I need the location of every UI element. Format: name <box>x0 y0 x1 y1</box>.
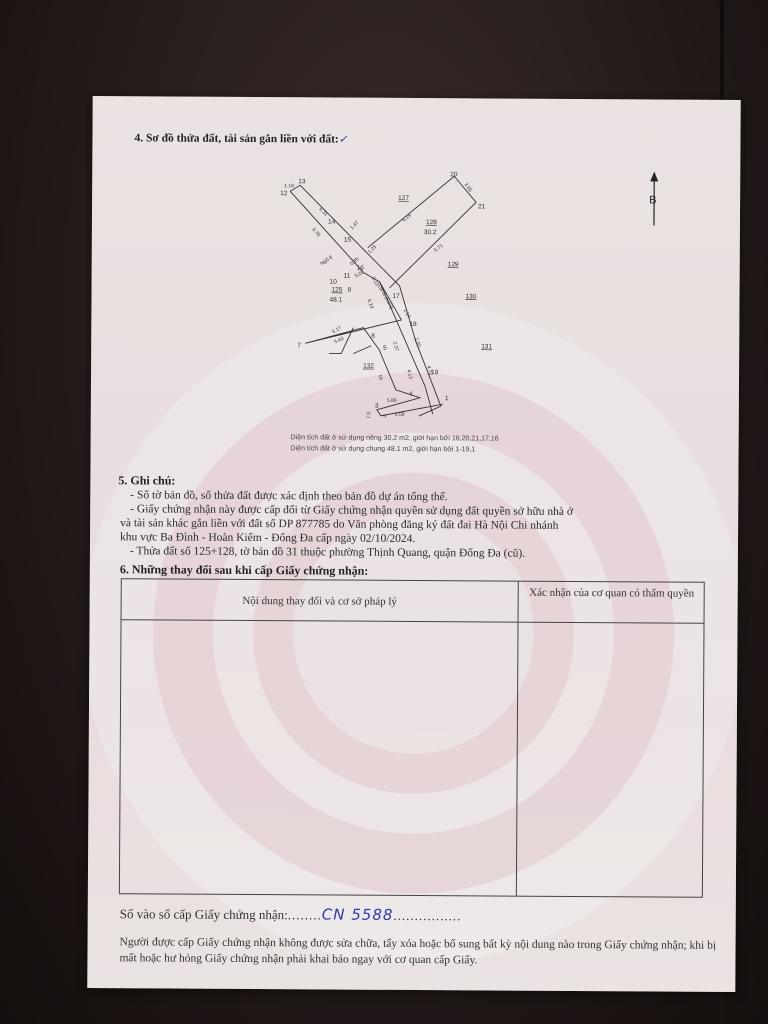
point-label: 9 <box>348 287 352 294</box>
point-label: 5 <box>379 375 383 382</box>
edge-length: 4.58 <box>395 412 405 418</box>
area-notes: Diện tích đất ở sử dụng riêng 30.2 m2, g… <box>291 432 499 455</box>
point-label: 20 <box>450 171 458 178</box>
registration-number-line: Số vào sổ cấp Giấy chứng nhận:........CN… <box>120 904 462 924</box>
map-annotation: Ngõ 8 <box>319 254 334 267</box>
point-label: 12 <box>280 190 288 197</box>
registration-trailer: ................ <box>393 908 461 923</box>
edge-length: 1.47 <box>349 220 360 231</box>
edge-length: 6.19 <box>401 213 412 224</box>
point-label: 3 <box>375 403 379 410</box>
parcel-sketch-map: 12 13 14 15 16 17 18 20 21 11 10 9 8 5 7… <box>271 167 553 419</box>
parcel-number: 125 <box>332 286 343 293</box>
edge-length: 5.70 <box>310 227 321 238</box>
edge-length: 5.86 <box>387 398 397 404</box>
point-label: 15 <box>344 237 352 244</box>
column-header-confirmation: Xác nhận của cơ quan có thẩm quyền <box>518 586 706 602</box>
checkmark-icon: ✓ <box>339 135 347 146</box>
section-5-title: 5. Ghi chú: <box>118 473 175 488</box>
north-arrow: B <box>644 169 664 229</box>
edge-length: 4.13 <box>405 369 413 380</box>
point-label: 5 <box>383 345 387 352</box>
column-header-content: Nội dung thay đổi và cơ sở pháp lý <box>122 593 518 610</box>
point-label: 10 <box>330 278 338 285</box>
section-4-title-text: 4. Sơ đồ thửa đất, tài sản gắn liền với … <box>134 132 338 145</box>
point-label: 2 <box>383 415 387 419</box>
parcel-number: 131 <box>481 343 492 350</box>
parcel-number: 129 <box>448 261 459 268</box>
edge-length: 5.63 <box>334 336 346 346</box>
parcel-number: 128 <box>426 219 437 226</box>
section-4-title: 4. Sơ đồ thửa đất, tài sản gắn liền với … <box>134 132 347 145</box>
note-line: - Thửa đất số 125+128, tờ bản đồ 31 thuộ… <box>120 544 720 562</box>
point-label: 4 <box>409 391 413 398</box>
edge-length: 6.31 <box>318 207 329 218</box>
edge-length: 1.14 <box>402 308 412 320</box>
edge-length: 1.18 <box>284 183 294 189</box>
section-6-title: 6. Những thay đổi sau khi cấp Giấy chứng… <box>120 562 369 579</box>
point-label: 1 <box>445 395 449 402</box>
parcel-area: 48.1 <box>329 296 342 303</box>
point-label: 17 <box>392 293 400 300</box>
point-label: 14 <box>328 218 336 225</box>
edge-length: 5.71 <box>433 243 444 254</box>
edge-length: 6.19 <box>366 298 375 309</box>
parcel-map-svg: 12 13 14 15 16 17 18 20 21 11 10 9 8 5 7… <box>271 167 553 419</box>
registration-leader: ........ <box>288 907 322 922</box>
parcel-number: 130 <box>465 293 476 300</box>
edge-length: 1.25 <box>367 244 378 255</box>
table-header-divider <box>122 619 704 624</box>
point-label: 18 <box>409 321 417 328</box>
point-label: 8 <box>371 333 375 340</box>
point-label: 13 <box>298 178 306 185</box>
point-label: 21 <box>478 203 486 210</box>
certificate-page: 4. Sơ đồ thửa đất, tài sản gắn liền với … <box>87 96 740 992</box>
edge-length: 2.37 <box>391 341 399 352</box>
point-label: 7 <box>297 342 301 349</box>
legal-warning: Người được cấp Giấy chứng nhận không đượ… <box>119 934 719 970</box>
edge-length: 1.00 <box>413 337 421 348</box>
north-arrow-icon: B <box>644 169 664 229</box>
edge-length: 0.17 <box>365 412 371 419</box>
registration-number: CN 5588 <box>322 905 394 923</box>
parcel-number: 132 <box>363 363 374 370</box>
point-label: 11 <box>344 273 351 280</box>
edge-length: 4.72 <box>425 365 433 376</box>
changes-table: Nội dung thay đổi và cơ sở pháp lý Xác n… <box>119 578 705 898</box>
registration-label: Số vào sổ cấp Giấy chứng nhận: <box>120 906 288 922</box>
area-note-shared: Diện tích đất ở sử dụng chung 48.1 m2, g… <box>291 443 499 455</box>
parcel-number: 127 <box>398 195 409 202</box>
north-label: B <box>649 194 656 206</box>
parcel-area: 30.2 <box>424 229 437 236</box>
section-5-notes: - Số tờ bản đồ, số thửa đất được xác địn… <box>120 488 720 562</box>
table-column-divider <box>516 582 519 896</box>
